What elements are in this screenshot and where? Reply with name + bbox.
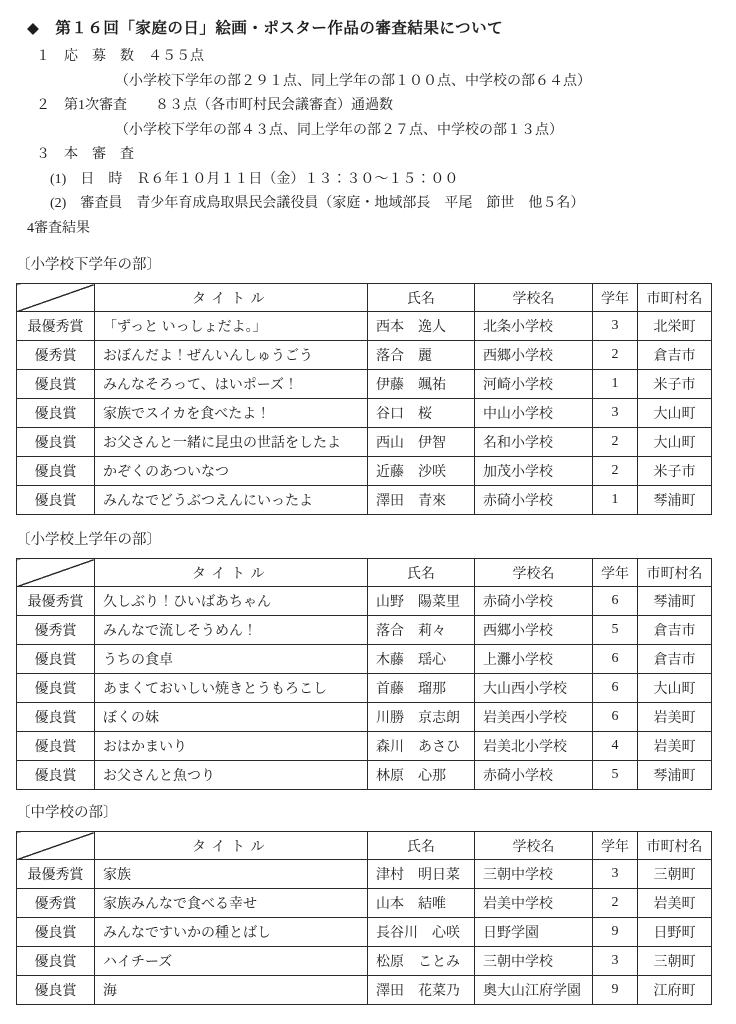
table-header-row: タイトル氏名学校名学年市町村名: [17, 284, 712, 312]
screening-date-line: (1) 日 時 Ｒ６年１０月１１日（金）１３：３０～１５：００: [27, 168, 716, 193]
name-cell: 落合 麗: [368, 341, 475, 370]
table-row: 優良賞みんなですいかの種とばし長谷川 心咲日野学園9日野町: [17, 918, 712, 947]
name-cell: 谷口 桜: [368, 399, 475, 428]
award-cell: 優良賞: [17, 761, 95, 790]
award-cell: 優良賞: [17, 370, 95, 399]
name-cell: 首藤 瑠那: [368, 674, 475, 703]
award-cell: 最優秀賞: [17, 587, 95, 616]
school-cell: 西郷小学校: [475, 616, 593, 645]
table-row: 優良賞みんなそろって、はいポーズ！伊藤 颯祐河崎小学校1米子市: [17, 370, 712, 399]
column-header-title: タイトル: [95, 284, 368, 312]
entries-count-line: １ 応 募 数 ４５５点: [27, 45, 716, 70]
first-screening-line: ２ 第1次審査 ８３点（各市町村民会議審査）通過数: [27, 94, 716, 119]
table-row: 優良賞うちの食卓木藤 瑶心上灘小学校6倉吉市: [17, 645, 712, 674]
grade-cell: 4: [593, 732, 638, 761]
name-cell: 澤田 花菜乃: [368, 976, 475, 1005]
table-row: 優良賞海澤田 花菜乃奥大山江府学園9江府町: [17, 976, 712, 1005]
name-cell: 西本 逸人: [368, 312, 475, 341]
grade-cell: 3: [593, 860, 638, 889]
intro-list: １ 応 募 数 ４５５点 （小学校下学年の部２９１点、同上学年の部１００点、中学…: [27, 45, 716, 241]
document-page: ◆ 第１６回「家庭の日」絵画・ポスター作品の審査結果について １ 応 募 数 ４…: [0, 0, 736, 1005]
name-cell: 森川 あさひ: [368, 732, 475, 761]
name-cell: 木藤 瑶心: [368, 645, 475, 674]
final-screening-line: ３ 本 審 査: [27, 143, 716, 168]
municipality-cell: 三朝町: [638, 947, 712, 976]
school-cell: 西郷小学校: [475, 341, 593, 370]
school-cell: 日野学園: [475, 918, 593, 947]
grade-cell: 6: [593, 674, 638, 703]
municipality-cell: 倉吉市: [638, 645, 712, 674]
title-cell: うちの食卓: [95, 645, 368, 674]
name-cell: 西山 伊智: [368, 428, 475, 457]
award-cell: 優秀賞: [17, 616, 95, 645]
municipality-cell: 日野町: [638, 918, 712, 947]
name-cell: 山本 結唯: [368, 889, 475, 918]
table-row: 優秀賞家族みんなで食べる幸せ山本 結唯岩美中学校2岩美町: [17, 889, 712, 918]
title-cell: かぞくのあついなつ: [95, 457, 368, 486]
name-cell: 落合 莉々: [368, 616, 475, 645]
table-row: 優良賞家族でスイカを食べたよ！谷口 桜中山小学校3大山町: [17, 399, 712, 428]
result-section: 〔小学校上学年の部〕 タイトル氏名学校名学年市町村名 最優秀賞久しぶり！ひいばあ…: [16, 530, 716, 790]
award-cell: 優秀賞: [17, 341, 95, 370]
title-cell: おぼんだよ！ぜんいんしゅうごう: [95, 341, 368, 370]
municipality-cell: 岩美町: [638, 703, 712, 732]
results-table: タイトル氏名学校名学年市町村名 最優秀賞「ずっと いっしょだよ。」西本 逸人北条…: [16, 283, 712, 515]
results-label-line: 4審査結果: [27, 217, 716, 242]
municipality-cell: 三朝町: [638, 860, 712, 889]
school-cell: 大山西小学校: [475, 674, 593, 703]
entries-breakdown-line: （小学校下学年の部２９１点、同上学年の部１００点、中学校の部６４点）: [27, 70, 716, 95]
title-cell: みんなで流しそうめん！: [95, 616, 368, 645]
title-cell: 家族: [95, 860, 368, 889]
award-cell: 優良賞: [17, 457, 95, 486]
table-row: 優良賞ぼくの妹川勝 京志朗岩美西小学校6岩美町: [17, 703, 712, 732]
grade-cell: 6: [593, 645, 638, 674]
award-cell: 優良賞: [17, 976, 95, 1005]
column-header-name: 氏名: [368, 559, 475, 587]
grade-cell: 2: [593, 457, 638, 486]
column-header-grade: 学年: [593, 284, 638, 312]
title-cell: 家族でスイカを食べたよ！: [95, 399, 368, 428]
name-cell: 澤田 青來: [368, 486, 475, 515]
school-cell: 北条小学校: [475, 312, 593, 341]
grade-cell: 2: [593, 889, 638, 918]
municipality-cell: 米子市: [638, 457, 712, 486]
name-cell: 津村 明日菜: [368, 860, 475, 889]
award-cell: 優良賞: [17, 703, 95, 732]
award-cell: 優良賞: [17, 674, 95, 703]
municipality-cell: 米子市: [638, 370, 712, 399]
award-cell: 最優秀賞: [17, 860, 95, 889]
table-row: 優良賞おはかまいり森川 あさひ岩美北小学校4岩美町: [17, 732, 712, 761]
award-cell: 優秀賞: [17, 889, 95, 918]
title-cell: おはかまいり: [95, 732, 368, 761]
title-cell: お父さんと魚つり: [95, 761, 368, 790]
title-cell: みんなでどうぶつえんにいったよ: [95, 486, 368, 515]
title-cell: あまくておいしい焼きとうもろこし: [95, 674, 368, 703]
municipality-cell: 江府町: [638, 976, 712, 1005]
title-cell: 久しぶり！ひいばあちゃん: [95, 587, 368, 616]
grade-cell: 1: [593, 486, 638, 515]
municipality-cell: 倉吉市: [638, 341, 712, 370]
column-header-school: 学校名: [475, 559, 593, 587]
school-cell: 岩美西小学校: [475, 703, 593, 732]
section-heading: 〔中学校の部〕: [16, 803, 716, 823]
table-row: 優秀賞おぼんだよ！ぜんいんしゅうごう落合 麗西郷小学校2倉吉市: [17, 341, 712, 370]
column-header-title: タイトル: [95, 832, 368, 860]
grade-cell: 5: [593, 761, 638, 790]
column-header-school: 学校名: [475, 284, 593, 312]
diagonal-header-cell: [17, 284, 95, 312]
name-cell: 川勝 京志朗: [368, 703, 475, 732]
table-body: 最優秀賞「ずっと いっしょだよ。」西本 逸人北条小学校3北栄町優秀賞おぼんだよ！…: [17, 312, 712, 515]
column-header-municipality: 市町村名: [638, 284, 712, 312]
grade-cell: 3: [593, 399, 638, 428]
title-cell: ぼくの妹: [95, 703, 368, 732]
table-body: 最優秀賞家族津村 明日菜三朝中学校3三朝町優秀賞家族みんなで食べる幸せ山本 結唯…: [17, 860, 712, 1005]
award-cell: 優良賞: [17, 732, 95, 761]
title-cell: 「ずっと いっしょだよ。」: [95, 312, 368, 341]
table-body: 最優秀賞久しぶり！ひいばあちゃん山野 陽菜里赤碕小学校6琴浦町優秀賞みんなで流し…: [17, 587, 712, 790]
column-header-grade: 学年: [593, 559, 638, 587]
result-section: 〔小学校下学年の部〕 タイトル氏名学校名学年市町村名 最優秀賞「ずっと いっしょ…: [16, 255, 716, 515]
table-row: 優良賞お父さんと魚つり林原 心那赤碕小学校5琴浦町: [17, 761, 712, 790]
municipality-cell: 琴浦町: [638, 761, 712, 790]
school-cell: 赤碕小学校: [475, 486, 593, 515]
column-header-municipality: 市町村名: [638, 559, 712, 587]
section-heading: 〔小学校下学年の部〕: [16, 255, 716, 275]
results-table: タイトル氏名学校名学年市町村名 最優秀賞久しぶり！ひいばあちゃん山野 陽菜里赤碕…: [16, 558, 712, 790]
school-cell: 赤碕小学校: [475, 761, 593, 790]
title-cell: 家族みんなで食べる幸せ: [95, 889, 368, 918]
column-header-school: 学校名: [475, 832, 593, 860]
school-cell: 三朝中学校: [475, 860, 593, 889]
table-row: 優良賞かぞくのあついなつ近藤 沙咲加茂小学校2米子市: [17, 457, 712, 486]
name-cell: 長谷川 心咲: [368, 918, 475, 947]
school-cell: 岩美北小学校: [475, 732, 593, 761]
first-screening-breakdown: （小学校下学年の部４３点、同上学年の部２７点、中学校の部１３点）: [27, 119, 716, 144]
name-cell: 林原 心那: [368, 761, 475, 790]
document-title: ◆ 第１６回「家庭の日」絵画・ポスター作品の審査結果について: [27, 18, 716, 40]
grade-cell: 3: [593, 312, 638, 341]
table-row: 最優秀賞家族津村 明日菜三朝中学校3三朝町: [17, 860, 712, 889]
award-cell: 優良賞: [17, 947, 95, 976]
table-header-row: タイトル氏名学校名学年市町村名: [17, 559, 712, 587]
grade-cell: 5: [593, 616, 638, 645]
table-row: 最優秀賞久しぶり！ひいばあちゃん山野 陽菜里赤碕小学校6琴浦町: [17, 587, 712, 616]
award-cell: 最優秀賞: [17, 312, 95, 341]
results-table: タイトル氏名学校名学年市町村名 最優秀賞家族津村 明日菜三朝中学校3三朝町優秀賞…: [16, 831, 712, 1005]
award-cell: 優良賞: [17, 645, 95, 674]
grade-cell: 6: [593, 703, 638, 732]
municipality-cell: 大山町: [638, 674, 712, 703]
municipality-cell: 琴浦町: [638, 587, 712, 616]
grade-cell: 9: [593, 918, 638, 947]
column-header-name: 氏名: [368, 832, 475, 860]
title-cell: みんなそろって、はいポーズ！: [95, 370, 368, 399]
column-header-name: 氏名: [368, 284, 475, 312]
school-cell: 赤碕小学校: [475, 587, 593, 616]
municipality-cell: 大山町: [638, 399, 712, 428]
municipality-cell: 倉吉市: [638, 616, 712, 645]
title-cell: ハイチーズ: [95, 947, 368, 976]
name-cell: 伊藤 颯祐: [368, 370, 475, 399]
school-cell: 三朝中学校: [475, 947, 593, 976]
name-cell: 山野 陽菜里: [368, 587, 475, 616]
judges-line: (2) 審査員 青少年育成鳥取県民会議役員（家庭・地域部長 平尾 節世 他５名）: [27, 192, 716, 217]
title-cell: 海: [95, 976, 368, 1005]
diagonal-header-cell: [17, 559, 95, 587]
school-cell: 河崎小学校: [475, 370, 593, 399]
municipality-cell: 岩美町: [638, 889, 712, 918]
diagonal-header-cell: [17, 832, 95, 860]
award-cell: 優良賞: [17, 918, 95, 947]
grade-cell: 6: [593, 587, 638, 616]
title-cell: お父さんと一緒に昆虫の世話をしたよ: [95, 428, 368, 457]
results-sections: 〔小学校下学年の部〕 タイトル氏名学校名学年市町村名 最優秀賞「ずっと いっしょ…: [16, 255, 716, 1005]
table-row: 優良賞みんなでどうぶつえんにいったよ澤田 青來赤碕小学校1琴浦町: [17, 486, 712, 515]
table-row: 優良賞あまくておいしい焼きとうもろこし首藤 瑠那大山西小学校6大山町: [17, 674, 712, 703]
column-header-title: タイトル: [95, 559, 368, 587]
award-cell: 優良賞: [17, 486, 95, 515]
column-header-municipality: 市町村名: [638, 832, 712, 860]
name-cell: 近藤 沙咲: [368, 457, 475, 486]
school-cell: 岩美中学校: [475, 889, 593, 918]
grade-cell: 2: [593, 428, 638, 457]
grade-cell: 1: [593, 370, 638, 399]
title-cell: みんなですいかの種とばし: [95, 918, 368, 947]
municipality-cell: 北栄町: [638, 312, 712, 341]
table-row: 優秀賞みんなで流しそうめん！落合 莉々西郷小学校5倉吉市: [17, 616, 712, 645]
table-row: 優良賞ハイチーズ松原 ことみ三朝中学校3三朝町: [17, 947, 712, 976]
grade-cell: 9: [593, 976, 638, 1005]
table-row: 優良賞お父さんと一緒に昆虫の世話をしたよ西山 伊智名和小学校2大山町: [17, 428, 712, 457]
award-cell: 優良賞: [17, 428, 95, 457]
school-cell: 加茂小学校: [475, 457, 593, 486]
municipality-cell: 岩美町: [638, 732, 712, 761]
municipality-cell: 大山町: [638, 428, 712, 457]
school-cell: 奥大山江府学園: [475, 976, 593, 1005]
section-heading: 〔小学校上学年の部〕: [16, 530, 716, 550]
municipality-cell: 琴浦町: [638, 486, 712, 515]
column-header-grade: 学年: [593, 832, 638, 860]
grade-cell: 2: [593, 341, 638, 370]
name-cell: 松原 ことみ: [368, 947, 475, 976]
school-cell: 中山小学校: [475, 399, 593, 428]
table-header-row: タイトル氏名学校名学年市町村名: [17, 832, 712, 860]
table-row: 最優秀賞「ずっと いっしょだよ。」西本 逸人北条小学校3北栄町: [17, 312, 712, 341]
school-cell: 上灘小学校: [475, 645, 593, 674]
grade-cell: 3: [593, 947, 638, 976]
result-section: 〔中学校の部〕 タイトル氏名学校名学年市町村名 最優秀賞家族津村 明日菜三朝中学…: [16, 803, 716, 1005]
award-cell: 優良賞: [17, 399, 95, 428]
school-cell: 名和小学校: [475, 428, 593, 457]
